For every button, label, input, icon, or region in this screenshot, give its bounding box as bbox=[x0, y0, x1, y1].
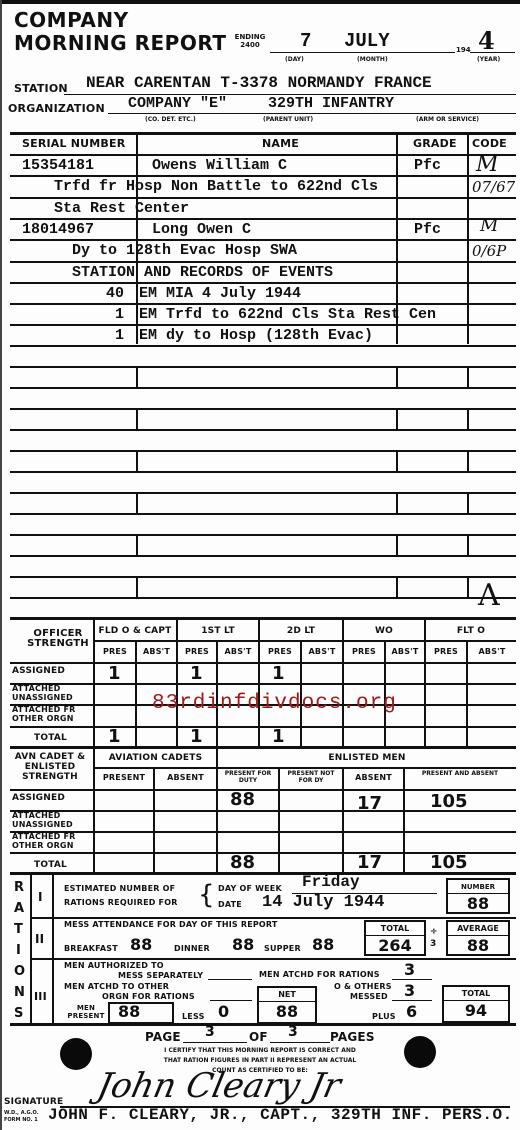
event-text: EM MIA 4 July 1944 bbox=[139, 285, 301, 302]
plus-value: 6 bbox=[406, 1002, 417, 1021]
officer-line bbox=[10, 726, 516, 728]
signer-name: JOHN F. CLEARY, JR., CAPT., 329TH INF. P… bbox=[48, 1106, 513, 1124]
less-label: LESS bbox=[182, 1012, 205, 1021]
net-label: NET bbox=[257, 990, 317, 999]
pages-underline bbox=[270, 1042, 330, 1043]
rations-total-label: TOTAL bbox=[442, 989, 510, 998]
morning-report-document: COMPANY MORNING REPORT ENDING 2400 7 JUL… bbox=[0, 0, 520, 1130]
date-label: DATE bbox=[218, 900, 242, 909]
roster-line bbox=[10, 555, 516, 557]
title-morning-report: MORNING REPORT bbox=[14, 33, 226, 53]
total-pages: 3 bbox=[288, 1024, 298, 1040]
roster-serial: 18014967 bbox=[22, 221, 94, 238]
rations-letter: O bbox=[14, 964, 25, 979]
enlisted-strength-title: AVN CADET & ENLISTED STRENGTH bbox=[14, 752, 86, 782]
organization-label: ORGANIZATION bbox=[8, 102, 105, 115]
form-label: W.D., A.G.O. FORM NO. 1 bbox=[4, 1110, 46, 1124]
event-count: 1 bbox=[115, 306, 124, 323]
binder-hole-right bbox=[404, 1036, 436, 1068]
average-label: AVERAGE bbox=[446, 924, 510, 933]
report-year-suffix: 4 bbox=[478, 26, 495, 55]
others-messed-value: 3 bbox=[404, 981, 415, 1000]
number-value: 88 bbox=[446, 894, 510, 913]
roster-line bbox=[10, 471, 516, 473]
certify-line-2: THAT RATION FIGURES IN PART II REPRESENT… bbox=[120, 1057, 400, 1064]
roster-line bbox=[10, 218, 516, 220]
ending-label: ENDING 2400 bbox=[234, 33, 266, 49]
roster-grade: Pfc bbox=[414, 221, 441, 238]
arm-caption: (ARM OR SERVICE) bbox=[416, 116, 479, 123]
roster-line bbox=[10, 513, 516, 515]
officer-value: 1 bbox=[190, 726, 203, 747]
month-caption: (MONTH) bbox=[357, 56, 388, 63]
enlisted-value: 17 bbox=[357, 852, 382, 873]
enlisted-value: 88 bbox=[230, 852, 255, 873]
page-underline bbox=[183, 1042, 247, 1043]
signature-handwritten: John Cleary Jr bbox=[94, 1066, 345, 1106]
men-atchd-for-rations-value: 3 bbox=[404, 960, 415, 979]
breakfast-value: 88 bbox=[130, 935, 152, 954]
report-day: 7 bbox=[300, 30, 311, 52]
subcol-abst: ABS'T bbox=[302, 647, 342, 656]
section-i-label-1: ESTIMATED NUMBER OF bbox=[64, 884, 175, 893]
day-caption: (DAY) bbox=[285, 56, 304, 63]
col-code: CODE bbox=[472, 137, 507, 150]
roster-code: 07/67 bbox=[472, 178, 515, 196]
section-ii-numeral: II bbox=[35, 932, 44, 946]
net-value: 88 bbox=[257, 1002, 317, 1021]
day-of-week-label: DAY OF WEEK bbox=[218, 884, 282, 893]
ration-date-value: 14 July 1944 bbox=[262, 893, 384, 912]
authorized-label-1: MEN AUTHORIZED TO bbox=[64, 961, 164, 970]
officer-value: 1 bbox=[108, 726, 121, 747]
event-text: EM dy to Hosp (128th Evac) bbox=[139, 327, 373, 344]
officer-row-label: TOTAL bbox=[34, 733, 67, 743]
roster-divider bbox=[467, 576, 469, 597]
roster-divider bbox=[136, 492, 138, 513]
enlisted-value: 105 bbox=[430, 852, 468, 873]
mess-total-value: 264 bbox=[364, 936, 426, 955]
roster-line bbox=[10, 576, 516, 578]
rations-letter: T bbox=[14, 922, 23, 937]
officer-line bbox=[10, 662, 516, 664]
col-name: NAME bbox=[262, 137, 299, 150]
officer-row-label: ATTACHED UNASSIGNED bbox=[12, 684, 82, 702]
rations-letter: A bbox=[14, 901, 24, 916]
officer-group: FLD O & CAPT bbox=[95, 626, 175, 636]
divide-by-three: ÷ 3 bbox=[430, 926, 442, 950]
roster-divider bbox=[467, 450, 469, 471]
subcol-pres: PRES bbox=[344, 647, 384, 656]
corner-handwritten-mark: A bbox=[478, 578, 500, 613]
supper-label: SUPPER bbox=[264, 944, 301, 953]
roster-divider bbox=[396, 534, 398, 555]
events-heading: STATION AND RECORDS OF EVENTS bbox=[72, 264, 333, 281]
enlisted-value: 105 bbox=[430, 791, 468, 812]
parent-unit-value: 329TH INFANTRY bbox=[268, 95, 394, 112]
report-month: JULY bbox=[344, 30, 390, 52]
rations-letter: I bbox=[16, 943, 21, 958]
officer-row-label: ASSIGNED bbox=[12, 666, 65, 676]
others-messed-underline bbox=[392, 1000, 432, 1001]
rations-letter: R bbox=[14, 880, 24, 895]
subcol-absent: ABSENT bbox=[155, 773, 216, 782]
binder-hole-left bbox=[60, 1038, 92, 1070]
officer-group: WO bbox=[344, 626, 424, 636]
subcol-abst: ABS'T bbox=[218, 647, 258, 656]
roster-top-border bbox=[10, 132, 516, 135]
subcol-pres: PRES bbox=[426, 647, 466, 656]
less-value: 0 bbox=[218, 1002, 229, 1021]
subcol-absent-em: ABSENT bbox=[344, 773, 403, 782]
roster-divider bbox=[136, 366, 138, 387]
officer-value: 1 bbox=[272, 663, 285, 684]
top-edge bbox=[0, 0, 520, 4]
company-value: COMPANY "E" bbox=[128, 95, 227, 112]
roster-divider bbox=[467, 366, 469, 387]
rations-divider bbox=[30, 874, 32, 1024]
roster-line bbox=[10, 324, 516, 326]
number-label: NUMBER bbox=[446, 883, 510, 891]
rations-line bbox=[30, 917, 516, 919]
rations-divider bbox=[52, 874, 54, 1024]
organization-underline bbox=[108, 113, 516, 114]
roster-line bbox=[10, 387, 516, 389]
roster-divider bbox=[136, 134, 138, 344]
brace: { bbox=[198, 880, 215, 910]
roster-grade: Pfc bbox=[414, 157, 441, 174]
station-label: STATION bbox=[14, 82, 68, 95]
men-present-label: MEN PRESENT bbox=[64, 1004, 108, 1020]
enlisted-row-label: TOTAL bbox=[34, 860, 67, 870]
roster-divider bbox=[136, 408, 138, 429]
roster-divider bbox=[136, 576, 138, 597]
section-i-numeral: I bbox=[38, 890, 43, 904]
roster-line bbox=[10, 345, 516, 347]
roster-line bbox=[10, 154, 516, 156]
breakfast-label: BREAKFAST bbox=[64, 944, 118, 953]
roster-line bbox=[10, 175, 516, 177]
section-i-label-2: RATIONS REQUIRED FOR bbox=[64, 898, 178, 907]
subcol-pres: PRES bbox=[178, 647, 216, 656]
co-caption: (CO. DET. ETC.) bbox=[145, 116, 196, 123]
roster-divider bbox=[136, 534, 138, 555]
rations-letter: N bbox=[14, 985, 25, 1000]
subcol-present: PRESENT bbox=[95, 773, 153, 782]
aviation-cadets-heading: AVIATION CADETS bbox=[95, 753, 216, 763]
roster-divider bbox=[467, 492, 469, 513]
men-atchd-underline bbox=[392, 979, 432, 980]
average-value: 88 bbox=[446, 936, 510, 955]
roster-code: M bbox=[480, 215, 498, 236]
enlisted-row-label: ATTACHED UNASSIGNED bbox=[12, 811, 82, 829]
supper-value: 88 bbox=[312, 935, 334, 954]
rations-line bbox=[30, 958, 516, 960]
roster-line bbox=[10, 492, 516, 494]
title-company: COMPANY bbox=[14, 10, 129, 30]
subcol-present-for-duty: PRESENT FOR DUTY bbox=[222, 770, 274, 784]
roster-line bbox=[10, 197, 516, 199]
roster-line bbox=[10, 366, 516, 368]
roster-divider bbox=[467, 134, 469, 344]
roster-code: M bbox=[476, 152, 499, 177]
certify-line-1: I CERTIFY THAT THIS MORNING REPORT IS CO… bbox=[120, 1047, 400, 1054]
officer-line bbox=[10, 683, 516, 685]
roster-remark: Dy to 128th Evac Hosp SWA bbox=[72, 242, 297, 259]
rations-total-value: 94 bbox=[442, 1001, 510, 1020]
enlisted-divider bbox=[278, 768, 280, 874]
event-text: EM Trfd to 622nd Cls Sta Rest Cen bbox=[139, 306, 436, 323]
roster-line bbox=[10, 429, 516, 431]
others-messed-label-1: O & OTHERS bbox=[334, 982, 392, 991]
year-prefix: 194 bbox=[456, 46, 471, 54]
men-present-value: 88 bbox=[118, 1002, 140, 1021]
officer-strength-title: OFFICER STRENGTH bbox=[26, 629, 90, 649]
mess-total-label: TOTAL bbox=[364, 924, 426, 933]
enlisted-row-label: ATTACHED FR OTHER ORGN bbox=[12, 832, 86, 850]
day-of-week-value: Friday bbox=[302, 873, 360, 891]
authorized-underline bbox=[208, 979, 252, 980]
enlisted-divider bbox=[403, 768, 405, 874]
enlisted-divider bbox=[153, 768, 155, 874]
plus-label: PLUS bbox=[372, 1012, 396, 1021]
parent-caption: (PARENT UNIT) bbox=[263, 116, 313, 123]
subcol-abst: ABS'T bbox=[386, 647, 424, 656]
officer-divider bbox=[135, 641, 137, 747]
roster-remark: Sta Rest Center bbox=[54, 200, 189, 217]
dinner-value: 88 bbox=[232, 935, 254, 954]
officer-group: FLT O bbox=[426, 626, 516, 636]
page-label: PAGE bbox=[145, 1030, 181, 1044]
officer-group: 2D LT bbox=[260, 626, 342, 636]
officer-value: 1 bbox=[272, 726, 285, 747]
atchd-label-2: ORGN FOR RATIONS bbox=[102, 992, 195, 1001]
roster-divider bbox=[136, 450, 138, 471]
rations-letter: S bbox=[14, 1006, 24, 1021]
section-iii-numeral: III bbox=[34, 990, 47, 1003]
of-label: OF bbox=[249, 1030, 268, 1044]
officer-divider bbox=[466, 641, 468, 747]
roster-line bbox=[10, 239, 516, 241]
officer-row-label: ATTACHED FR OTHER ORGN bbox=[12, 705, 86, 723]
roster-code: 0/6P bbox=[472, 242, 506, 260]
roster-serial: 15354181 bbox=[22, 157, 94, 174]
subcol-present-not-for-duty: PRESENT NOT FOR DY bbox=[282, 770, 340, 784]
atchd-label-1: MEN ATCHD TO OTHER bbox=[64, 982, 169, 991]
year-caption: (YEAR) bbox=[477, 56, 500, 63]
roster-line bbox=[10, 450, 516, 452]
roster-line bbox=[10, 282, 516, 284]
col-grade: GRADE bbox=[413, 137, 457, 150]
dinner-label: DINNER bbox=[174, 944, 210, 953]
roster-divider bbox=[396, 366, 398, 387]
officer-group: 1ST LT bbox=[178, 626, 258, 636]
officer-value: 1 bbox=[108, 663, 121, 684]
roster-name: Long Owen C bbox=[152, 221, 251, 238]
roster-divider bbox=[396, 576, 398, 597]
others-messed-label-2: MESSED bbox=[350, 992, 388, 1001]
roster-divider bbox=[396, 492, 398, 513]
col-serial-number: SERIAL NUMBER bbox=[22, 137, 125, 150]
enlisted-row-label: ASSIGNED bbox=[12, 793, 65, 803]
roster-line bbox=[10, 597, 516, 599]
enlisted-value: 88 bbox=[230, 789, 255, 810]
roster-divider bbox=[467, 534, 469, 555]
station-value: NEAR CARENTAN T-3378 NORMANDY FRANCE bbox=[86, 74, 432, 92]
roster-bottom-border bbox=[10, 617, 516, 620]
date-underline bbox=[270, 52, 455, 53]
roster-divider bbox=[396, 450, 398, 471]
roster-line bbox=[10, 303, 516, 305]
roster-divider bbox=[467, 408, 469, 429]
roster-line bbox=[10, 261, 516, 263]
page-number: 3 bbox=[205, 1024, 215, 1040]
event-count: 40 bbox=[106, 285, 124, 302]
pages-label: PAGES bbox=[330, 1030, 375, 1044]
watermark: 83rdinfdivdocs.org bbox=[152, 692, 397, 715]
officer-value: 1 bbox=[190, 663, 203, 684]
enlisted-divider bbox=[342, 768, 344, 874]
enlisted-value: 17 bbox=[357, 793, 382, 814]
roster-remark: Trfd fr Hosp Non Battle to 622nd Cls bbox=[54, 178, 378, 195]
subcol-abst: ABS'T bbox=[468, 647, 516, 656]
authorized-label-2: MESS SEPARATELY bbox=[118, 971, 203, 980]
left-edge bbox=[0, 0, 2, 1130]
officer-bottom-border bbox=[10, 746, 516, 749]
event-count: 1 bbox=[115, 327, 124, 344]
officer-line bbox=[93, 640, 516, 642]
roster-line bbox=[10, 408, 516, 410]
roster-line bbox=[10, 534, 516, 536]
subcol-pres: PRES bbox=[95, 647, 135, 656]
mess-attendance-heading: MESS ATTENDANCE FOR DAY OF THIS REPORT bbox=[64, 920, 278, 929]
subcol-abst: ABS'T bbox=[137, 647, 176, 656]
atchd-underline bbox=[210, 1000, 252, 1001]
roster-divider bbox=[396, 408, 398, 429]
roster-name: Owens William C bbox=[152, 157, 287, 174]
men-atchd-for-rations-label: MEN ATCHD FOR RATIONS bbox=[259, 970, 380, 979]
enlisted-line bbox=[93, 767, 516, 769]
subcol-pres: PRES bbox=[260, 647, 300, 656]
subcol-present-and-absent: PRESENT AND ABSENT bbox=[420, 770, 500, 777]
enlisted-men-heading: ENLISTED MEN bbox=[218, 753, 516, 763]
